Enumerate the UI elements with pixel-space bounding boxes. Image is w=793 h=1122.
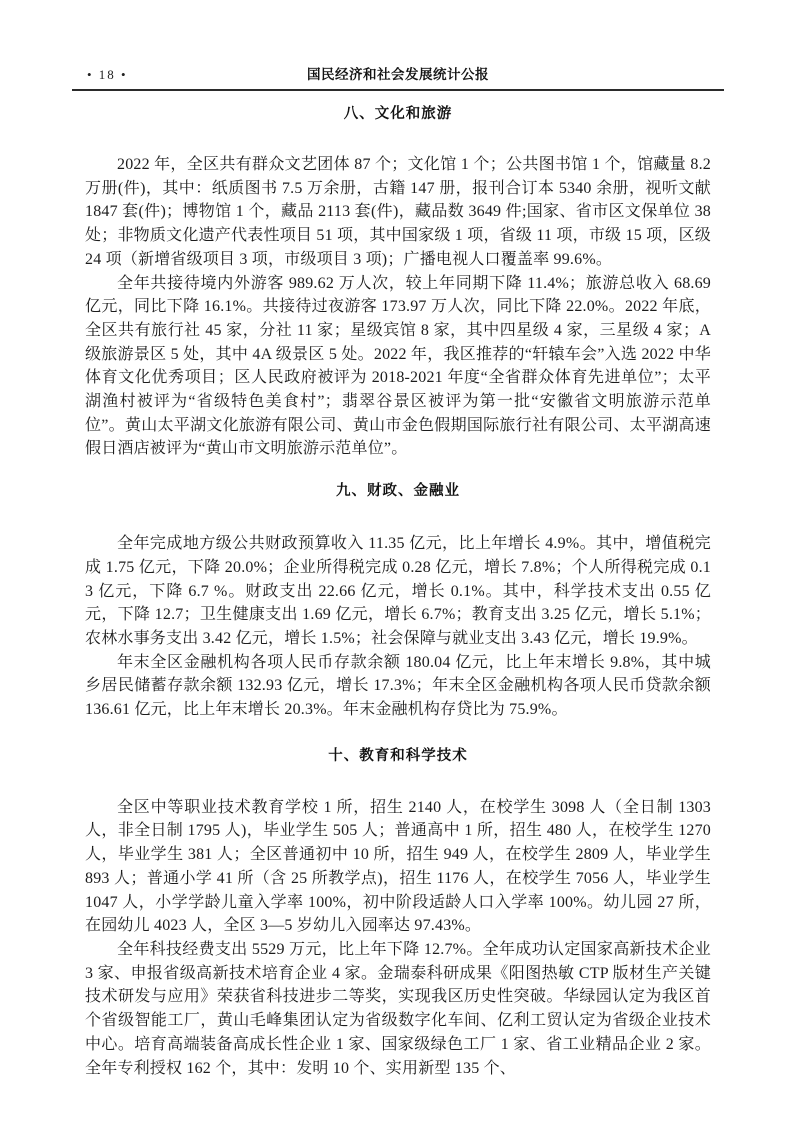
paragraph-tourism: 全年共接待境内外游客 989.62 万人次，较上年同期下降 11.4%；旅游总收… xyxy=(85,272,711,462)
document-page: • 18 • 国民经济和社会发展统计公报 八、文化和旅游 2022 年，全区共有… xyxy=(0,0,793,1122)
section-heading-finance: 九、财政、金融业 xyxy=(85,482,711,500)
paragraph-culture-overview: 2022 年，全区共有群众文艺团体 87 个；文化馆 1 个；公共图书馆 1 个… xyxy=(85,153,711,272)
section-heading-culture-tourism: 八、文化和旅游 xyxy=(85,105,711,123)
paragraph-financial-institutions: 年末全区金融机构各项人民币存款余额 180.04 亿元，比上年末增长 9.8%，… xyxy=(85,651,711,722)
document-title: 国民经济和社会发展统计公报 xyxy=(85,66,711,83)
page-header: • 18 • 国民经济和社会发展统计公报 xyxy=(85,66,711,83)
paragraph-education: 全区中等职业技术教育学校 1 所，招生 2140 人，在校学生 3098 人（全… xyxy=(85,796,711,938)
paragraph-science-technology: 全年科技经费支出 5529 万元，比上年下降 12.7%。全年成功认定国家高新技… xyxy=(85,938,711,1080)
page-number: • 18 • xyxy=(87,67,128,83)
paragraph-fiscal-budget: 全年完成地方级公共财政预算收入 11.35 亿元，比上年增长 4.9%。其中，增… xyxy=(85,532,711,651)
section-heading-education-science: 十、教育和科学技术 xyxy=(85,747,711,765)
header-rule xyxy=(72,89,724,91)
